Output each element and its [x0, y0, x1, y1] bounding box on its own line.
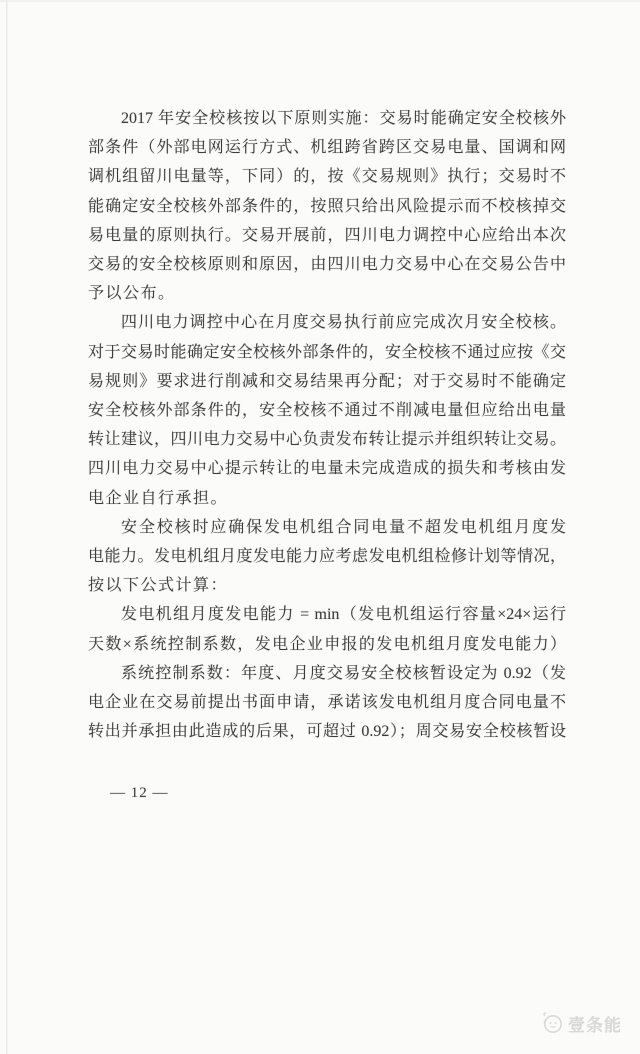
- text-line: 2017 年安全校核按以下原则实施：交易时能确定安全校核外: [88, 104, 566, 133]
- text-line: 天数×系统控制系数，发电企业申报的发电机组月度发电能力）: [88, 630, 566, 659]
- text-line: 电企业在交易前提出书面申请，承诺该发电机组月度合同电量不: [88, 688, 566, 717]
- page-footer: — 12 —: [110, 785, 169, 802]
- text-line: 对于交易时能确定安全校核外部条件的，安全校核不通过应按《交: [88, 338, 566, 367]
- text-line: 电能力。发电机组月度发电能力应考虑发电机组检修计划等情况，: [88, 542, 566, 571]
- text-line: 系统控制系数：年度、月度交易安全校核暂设定为 0.92（发: [88, 659, 566, 688]
- text-line: 调机组留川电量等，下同）的，按《交易规则》执行；交易时不: [88, 162, 566, 191]
- watermark-brand-text: 壹条能: [568, 1011, 622, 1036]
- text-line: 易电量的原则执行。交易开展前，四川电力调控中心应给出本次: [88, 221, 566, 250]
- text-line: 按以下公式计算：: [88, 571, 566, 600]
- scan-top-edge: [0, 0, 640, 2]
- watermark: 壹条能: [540, 1011, 622, 1036]
- text-line: 四川电力调控中心在月度交易执行前应完成次月安全校核。: [88, 308, 566, 337]
- speech-bubble-face-icon: [540, 1011, 565, 1036]
- document-body: 2017 年安全校核按以下原则实施：交易时能确定安全校核外 部条件（外部电网运行…: [88, 104, 566, 746]
- text-line: 予以公布。: [88, 279, 566, 308]
- text-line: 转让建议，四川电力交易中心负责发布转让提示并组织转让交易。: [88, 425, 566, 454]
- text-line: 易规则》要求进行削减和交易结果再分配；对于交易时不能确定: [88, 367, 566, 396]
- page-number: — 12 —: [110, 785, 169, 801]
- text-line: 能确定安全校核外部条件的，按照只给出风险提示而不校核掉交: [88, 192, 566, 221]
- text-line: 交易的安全校核原则和原因，由四川电力交易中心在交易公告中: [88, 250, 566, 279]
- text-line: 安全校核时应确保发电机组合同电量不超发电机组月度发: [88, 513, 566, 542]
- text-line: 转出并承担由此造成的后果，可超过 0.92）；周交易安全校核暂设: [88, 717, 566, 746]
- scan-left-edge: [6, 0, 8, 1054]
- text-line: 电企业自行承担。: [88, 484, 566, 513]
- text-line: 部条件（外部电网运行方式、机组跨省跨区交易电量、国调和网: [88, 133, 566, 162]
- text-line: 安全校核外部条件的，安全校核不通过不削减电量但应给出电量: [88, 396, 566, 425]
- text-line: 四川电力交易中心提示转让的电量未完成造成的损失和考核由发: [88, 454, 566, 483]
- text-line: 发电机组月度发电能力 = min（发电机组运行容量×24×运行: [88, 600, 566, 629]
- document-page: 2017 年安全校核按以下原则实施：交易时能确定安全校核外 部条件（外部电网运行…: [0, 0, 640, 1054]
